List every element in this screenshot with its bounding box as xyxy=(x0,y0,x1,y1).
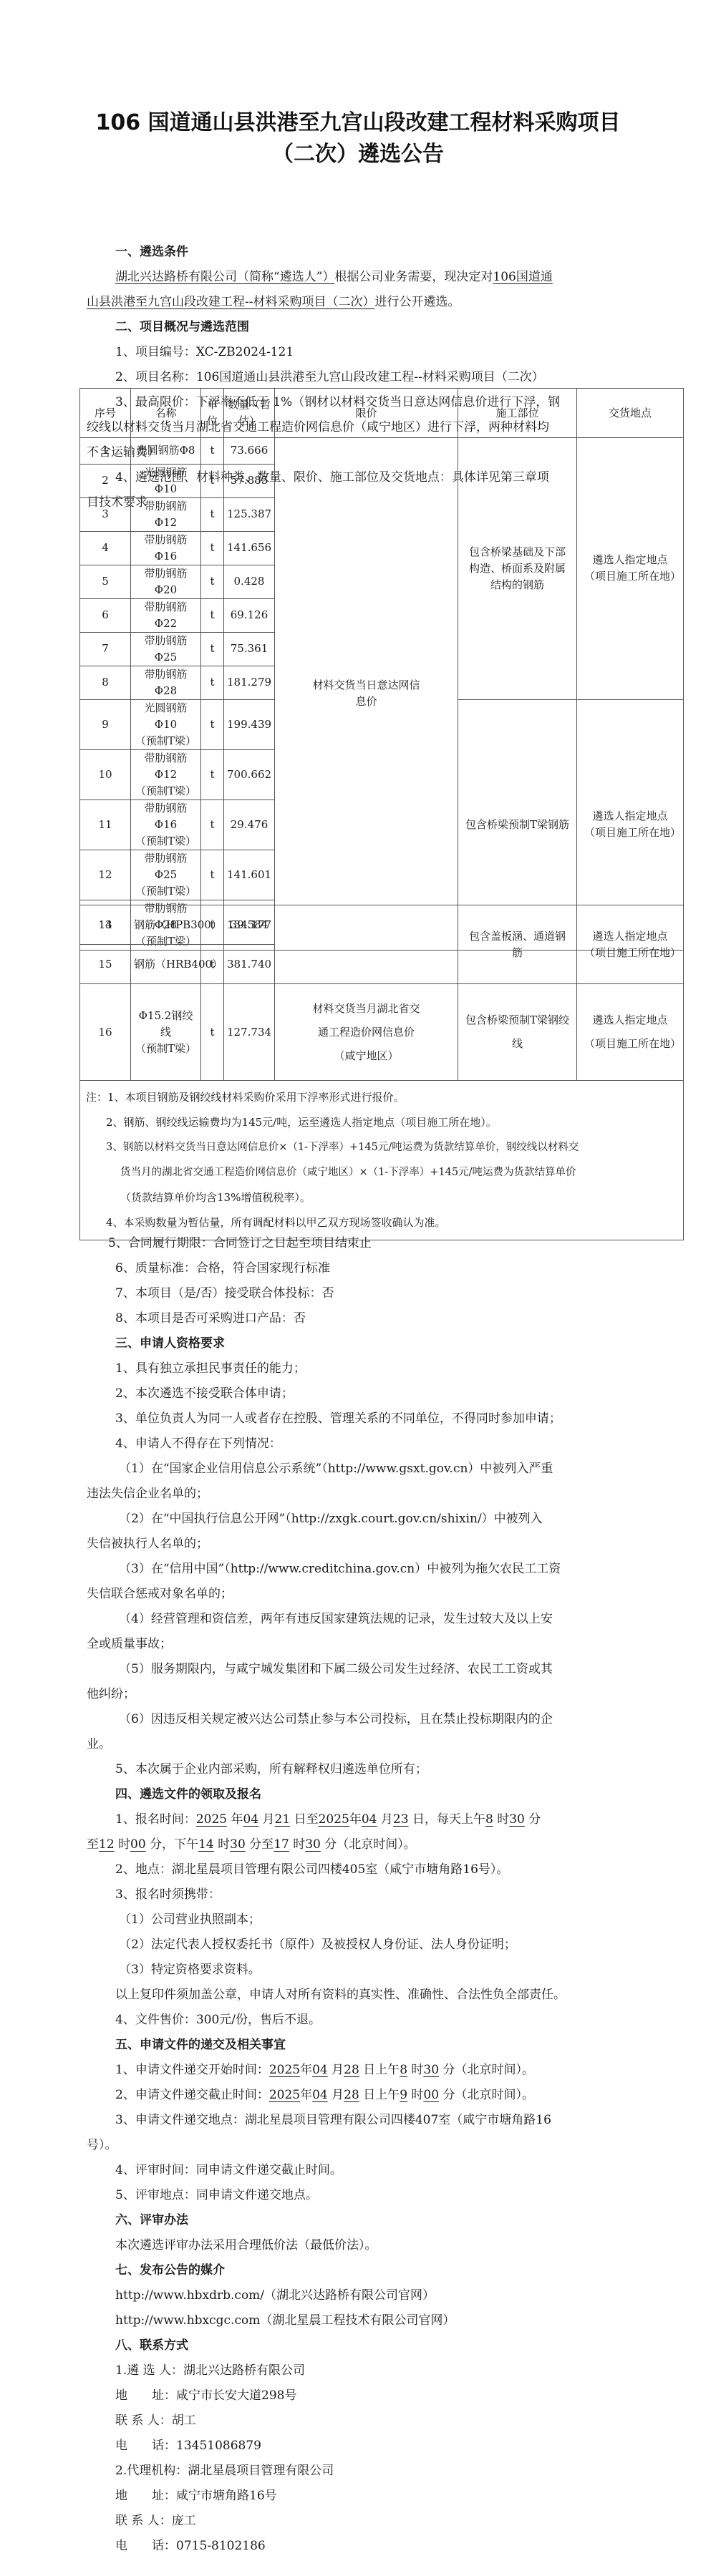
requirement-item: （2）法定代表人授权委托书（原件）及被授权人身份证、法人身份证明； xyxy=(87,1933,638,1958)
col-header-no: 序号 xyxy=(80,389,131,438)
cell-qty: 69.126 xyxy=(224,598,275,632)
cell-delivery: 遴选人指定地点（项目施工所在地） xyxy=(577,984,684,1081)
qualification-item: 5、本次属于企业内部采购，所有解释权归遴选单位所有； xyxy=(87,1757,638,1782)
cell-no: 6 xyxy=(80,598,131,632)
media-link-hbxcgc[interactable]: http://www.hbxcgc.com（湖北星晨工程技术有限公司官网） xyxy=(87,2308,638,2333)
paragraph-cont: 山县洪港至九宫山段改建工程--材料采购项目（二次）进行公开遴选。 xyxy=(87,290,638,315)
cell-unit: t xyxy=(201,699,224,749)
section-heading: 五、申请文件的递交及相关事宜 xyxy=(87,2033,638,2058)
cell-unit: t xyxy=(201,984,224,1081)
review-time: 4、评审时间：同申请文件递交截止时间。 xyxy=(87,2158,638,2183)
qualification-sub: （4）经营管理和资信差，两年有违反国家建筑法规的记录，发生过较大及以上安 xyxy=(87,1607,638,1632)
registration-location: 2、地点：湖北星晨项目管理有限公司四楼405室（咸宁市塘角路16号）。 xyxy=(87,1857,638,1882)
item-project-no: 1、项目编号：XC-ZB2024-121 xyxy=(87,340,638,365)
contact-selector-person: 联 系 人：胡工 xyxy=(87,2409,638,2434)
cell-qty: 75.361 xyxy=(224,632,275,666)
cell-unit: t xyxy=(201,565,224,598)
col-header-name: 名称 xyxy=(131,389,201,438)
cell-qty: 57.885 xyxy=(224,464,275,497)
section-heading: 一、遴选条件 xyxy=(87,240,638,265)
cell-unit: t xyxy=(201,666,224,699)
cell-no: 11 xyxy=(80,799,131,850)
contact-selector-org: 1.遴 选 人：湖北兴达路桥有限公司 xyxy=(87,2358,638,2383)
section-heading: 六、评审办法 xyxy=(87,2208,638,2233)
cell-qty: 29.476 xyxy=(224,799,275,850)
col-header-delivery: 交货地点 xyxy=(577,389,684,438)
registration-requirements: 3、报名时须携带： xyxy=(87,1882,638,1907)
section-heading: 七、发布公告的媒介 xyxy=(87,2258,638,2283)
cell-name: Φ15.2钢绞线（预制T梁） xyxy=(131,984,201,1081)
cell-no: 8 xyxy=(80,666,131,699)
contact-selector-address: 地 址：咸宁市长安大道298号 xyxy=(87,2383,638,2409)
qualification-sub: （6）因违反相关规定被兴达公司禁止参与本公司投标，且在禁止投标期限内的企 xyxy=(87,1707,638,1732)
paragraph: 湖北兴达路桥有限公司（简称“遴选人”）根据公司业务需要，现决定对106国道通 xyxy=(87,265,638,290)
cell-site: 包含盖板涵、通道钢筋 xyxy=(458,905,577,984)
qualification-sub: （1）在“国家企业信用信息公示系统”（http://www.gsxt.gov.c… xyxy=(87,1457,638,1482)
section-heading: 二、项目概况与遴选范围 xyxy=(87,315,638,340)
item-project-name: 2、项目名称：106国道通山县洪港至九宫山段改建工程--材料采购项目（二次） xyxy=(87,365,638,390)
cell-name: 带肋钢筋Φ16 xyxy=(131,531,201,565)
cell-no: 12 xyxy=(80,850,131,900)
cell-name: 带肋钢筋Φ25 xyxy=(131,632,201,666)
registration-time: 1、报名时间：2025 年04 月21 日至2025年04 月23 日，每天上午… xyxy=(87,1807,638,1832)
table-row: 14 钢筋（HPB300） t 134.177 包含盖板涵、通道钢筋 遴选人指定… xyxy=(80,905,684,945)
cell-qty: 199.439 xyxy=(224,699,275,749)
note-2: 2、钢筋、钢绞线运输费均为145元/吨，运至遴选人指定地点（项目施工所在地）。 xyxy=(86,1110,677,1135)
qualification-sub-cont: 他纠纷； xyxy=(87,1682,638,1707)
note-3-cont: 货当月的湖北省交通工程造价网信息价（咸宁地区）×（1-下浮率）+145元/吨运费… xyxy=(86,1160,677,1185)
cell-qty: 181.279 xyxy=(224,666,275,699)
cell-no: 4 xyxy=(80,531,131,565)
item-quality: 6、质量标准：合格，符合国家现行标准 xyxy=(87,1256,638,1281)
media-link-hbxdrb[interactable]: http://www.hbxdrb.com/（湖北兴达路桥有限公司官网） xyxy=(87,2283,638,2308)
cell-name: 钢筋（HRB400） xyxy=(131,945,201,984)
cell-site: 包含桥梁预制T梁钢绞线 xyxy=(458,984,577,1081)
cell-no: 7 xyxy=(80,632,131,666)
qualification-sub-cont: 业。 xyxy=(87,1732,638,1757)
cell-no: 3 xyxy=(80,497,131,531)
cell-unit: t xyxy=(201,749,224,799)
qualification-sub-cont: 失信联合惩戒对象名单的； xyxy=(87,1582,638,1607)
requirement-item: （3）特定资格要求资料。 xyxy=(87,1958,638,1983)
materials-table-part-2: 14 钢筋（HPB300） t 134.177 包含盖板涵、通道钢筋 遴选人指定… xyxy=(79,905,684,1240)
cell-qty: 141.601 xyxy=(224,850,275,900)
qualification-item: 1、具有独立承担民事责任的能力； xyxy=(87,1356,638,1381)
cell-qty: 141.656 xyxy=(224,531,275,565)
cell-unit: t xyxy=(201,598,224,632)
table-notes: 注：1、本项目钢筋及钢绞线材料采购价采用下浮率形式进行报价。 2、钢筋、钢绞线运… xyxy=(80,1081,684,1240)
qualification-sub-cont: 违法失信企业名单的； xyxy=(87,1482,638,1507)
item-import: 8、本项目是否可采购进口产品：否 xyxy=(87,1306,638,1331)
table-notes-row: 注：1、本项目钢筋及钢绞线材料采购价采用下浮率形式进行报价。 2、钢筋、钢绞线运… xyxy=(80,1081,684,1240)
cell-delivery: 遴选人指定地点（项目施工所在地） xyxy=(577,438,684,700)
cell-no: 10 xyxy=(80,749,131,799)
table-row: 16 Φ15.2钢绞线（预制T梁） t 127.734 材料交货当月湖北省交通工… xyxy=(80,984,684,1081)
cell-no: 14 xyxy=(80,905,131,945)
qualification-sub: （5）服务期限内，与咸宁城发集团和下属二级公司发生过经济、农民工工资或其 xyxy=(87,1657,638,1682)
cell-unit: t xyxy=(201,464,224,497)
section-heading: 四、遴选文件的领取及报名 xyxy=(87,1782,638,1807)
title-line-2: （二次）遴选公告 xyxy=(0,139,716,170)
col-header-unit: 单位 xyxy=(201,389,224,438)
qualification-item: 3、单位负责人为同一人或者存在控股、管理关系的不同单位，不得同时参加申请； xyxy=(87,1406,638,1432)
note-3: 3、钢筋以材料交货当日意达网信息价×（1-下浮率）+145元/吨运费为货款结算单… xyxy=(86,1135,677,1160)
cell-limit-price xyxy=(275,905,458,984)
cell-name: 光圆钢筋Φ10（预制T梁） xyxy=(131,699,201,749)
materials-table-part-1: 序号 名称 单位 数量（暂估） 限价 施工部位 交货地点 1 光圆钢筋Φ8 t … xyxy=(79,388,684,951)
col-header-qty: 数量（暂估） xyxy=(224,389,275,438)
qualification-sub-cont: 全或质量事故； xyxy=(87,1632,638,1657)
note-3-cont: （货款结算单价均含13%增值税税率）。 xyxy=(86,1185,677,1210)
cell-unit: t xyxy=(201,632,224,666)
section-heading: 三、申请人资格要求 xyxy=(87,1331,638,1356)
review-location: 5、评审地点：同申请文件递交地点。 xyxy=(87,2183,638,2208)
cell-unit: t xyxy=(201,497,224,531)
cell-name: 光圆钢筋Φ10 xyxy=(131,464,201,497)
contact-agency-address: 地 址：咸宁市塘角路16号 xyxy=(87,2484,638,2509)
contact-agency-person: 联 系 人：庞工 xyxy=(87,2509,638,2534)
document-price: 4、文件售价：300元/份，售后不退。 xyxy=(87,2008,638,2033)
page-title: 106 国道通山县洪港至九宫山段改建工程材料采购项目 （二次）遴选公告 xyxy=(0,107,716,170)
registration-time-cont: 至12 时00 分，下午14 时30 分至17 时30 分（北京时间）。 xyxy=(87,1832,638,1857)
cell-unit: t xyxy=(201,438,224,465)
cell-name: 带肋钢筋Φ28 xyxy=(131,666,201,699)
contact-selector-phone: 电 话：13451086879 xyxy=(87,2434,638,2459)
cell-name: 带肋钢筋Φ12 xyxy=(131,497,201,531)
section-2-cont: 5、合同履行期限：合同签订之日起至项目结束止 6、质量标准：合格，符合国家现行标… xyxy=(87,1231,638,2559)
cell-unit: t xyxy=(201,531,224,565)
cell-qty: 125.387 xyxy=(224,497,275,531)
cell-unit: t xyxy=(201,850,224,900)
qualification-sub-cont: 失信被执行人名单的； xyxy=(87,1532,638,1557)
contact-agency-phone: 电 话：0715-8102186 xyxy=(87,2534,638,2559)
cell-no: 1 xyxy=(80,438,131,465)
requirement-item: （1）公司营业执照副本； xyxy=(87,1907,638,1933)
section-heading: 八、联系方式 xyxy=(87,2333,638,2358)
item-consortium: 7、本项目（是/否）接受联合体投标：否 xyxy=(87,1281,638,1306)
submission-location-cont: 号）。 xyxy=(87,2133,638,2158)
cell-name: 钢筋（HPB300） xyxy=(131,905,201,945)
cell-no: 15 xyxy=(80,945,131,984)
cell-name: 带肋钢筋Φ16（预制T梁） xyxy=(131,799,201,850)
submission-deadline: 2、申请文件递交截止时间：2025年04 月28 日上午9 时00 分（北京时间… xyxy=(87,2083,638,2108)
qualification-sub: （2）在“中国执行信息公开网”（http://zxgk.court.gov.cn… xyxy=(87,1507,638,1532)
cell-qty: 381.740 xyxy=(224,945,275,984)
cell-site: 包含桥梁基础及下部构造、桥面系及附属结构的钢筋 xyxy=(458,438,577,700)
cell-qty: 134.177 xyxy=(224,905,275,945)
cell-name: 带肋钢筋Φ22 xyxy=(131,598,201,632)
cell-qty: 700.662 xyxy=(224,749,275,799)
review-method: 本次遴选评审办法采用合理低价法（最低价法）。 xyxy=(87,2233,638,2258)
cell-qty: 0.428 xyxy=(224,565,275,598)
cell-unit: t xyxy=(201,799,224,850)
cell-delivery: 遴选人指定地点（项目施工所在地） xyxy=(577,905,684,984)
cell-no: 16 xyxy=(80,984,131,1081)
submission-location: 3、申请文件递交地点：湖北星晨项目管理有限公司四楼407室（咸宁市塘角路16 xyxy=(87,2108,638,2133)
contact-agency-org: 2.代理机构：湖北星晨项目管理有限公司 xyxy=(87,2459,638,2484)
title-line-1: 106 国道通山县洪港至九宫山段改建工程材料采购项目 xyxy=(0,107,716,139)
qualification-item: 4、申请人不得存在下列情况： xyxy=(87,1432,638,1457)
note-1: 注：1、本项目钢筋及钢绞线材料采购价采用下浮率形式进行报价。 xyxy=(86,1085,677,1110)
cell-name: 光圆钢筋Φ8 xyxy=(131,438,201,465)
cell-name: 带肋钢筋Φ20 xyxy=(131,565,201,598)
cell-limit-price: 材料交货当日意达网信息价 xyxy=(275,438,458,951)
submission-start: 1、申请文件递交开始时间：2025年04 月28 日上午8 时30 分（北京时间… xyxy=(87,2058,638,2083)
cell-qty: 73.666 xyxy=(224,438,275,465)
cell-no: 5 xyxy=(80,565,131,598)
cell-qty: 127.734 xyxy=(224,984,275,1081)
qualification-sub: （3）在“信用中国”（http://www.creditchina.gov.cn… xyxy=(87,1557,638,1582)
cell-name: 带肋钢筋Φ12（预制T梁） xyxy=(131,749,201,799)
col-header-site: 施工部位 xyxy=(458,389,577,438)
qualification-item: 2、本次遴选不接受联合体申请； xyxy=(87,1381,638,1406)
cell-limit-price: 材料交货当月湖北省交通工程造价网信息价（咸宁地区） xyxy=(275,984,458,1081)
item-contract-period: 5、合同履行期限：合同签订之日起至项目结束止 xyxy=(87,1231,638,1256)
table-row: 1 光圆钢筋Φ8 t 73.666 材料交货当日意达网信息价 包含桥梁基础及下部… xyxy=(80,438,684,465)
col-header-limit-price: 限价 xyxy=(275,389,458,438)
cell-name: 带肋钢筋Φ25（预制T梁） xyxy=(131,850,201,900)
cell-no: 2 xyxy=(80,464,131,497)
table-header-row: 序号 名称 单位 数量（暂估） 限价 施工部位 交货地点 xyxy=(80,389,684,438)
stamp-note: 以上复印件须加盖公章，申请人对所有资料的真实性、准确性、合法性负全部责任。 xyxy=(87,1983,638,2008)
cell-no: 9 xyxy=(80,699,131,749)
